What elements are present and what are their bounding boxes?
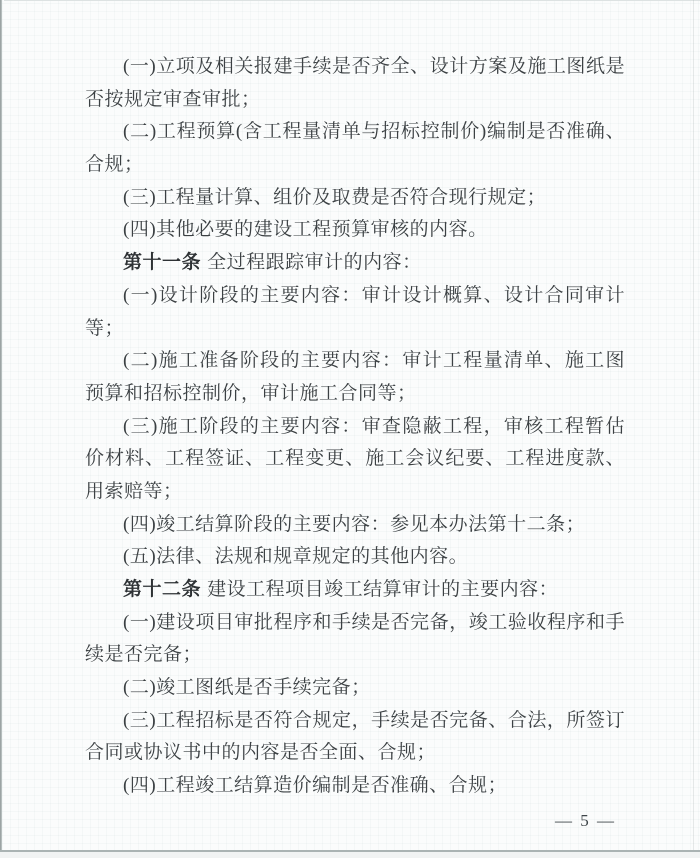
scan-artifact-line: [693, 0, 694, 852]
text-line: 续是否完备；: [85, 639, 625, 672]
text-line: (五)法律、法规和规章规定的其他内容。: [85, 541, 625, 574]
document-body: (一)立项及相关报建手续是否齐全、设计方案及施工图纸是否按规定审查审批；(二)工…: [85, 51, 625, 803]
text-line: (一)设计阶段的主要内容：审计设计概算、设计合同审计: [85, 280, 625, 313]
article-number: 第十二条: [123, 579, 201, 600]
page-number: — 5 —: [555, 811, 616, 831]
article-heading-line: 第十一条全过程跟踪审计的内容：: [85, 247, 625, 280]
scan-edge-bottom: [0, 850, 700, 858]
text-line: (四)竣工结算阶段的主要内容：参见本办法第十二条；: [85, 509, 625, 542]
text-line: 价材料、工程签证、工程变更、施工会议纪要、工程进度款、费: [85, 443, 625, 476]
scanned-page: (一)立项及相关报建手续是否齐全、设计方案及施工图纸是否按规定审查审批；(二)工…: [2, 0, 700, 852]
scan-edge-left: [0, 0, 2, 858]
text-line: (四)其他必要的建设工程预算审核的内容。: [85, 214, 625, 247]
text-line: (二)工程预算(含工程量清单与招标控制价)编制是否准确、: [85, 116, 625, 149]
text-line: (二)竣工图纸是否手续完备；: [85, 672, 625, 705]
text-line: 预算和招标控制价，审计施工合同等；: [85, 378, 625, 411]
text-line: (三)施工阶段的主要内容：审查隐蔽工程，审核工程暂估: [85, 411, 625, 444]
text-line: 合同或协议书中的内容是否全面、合规；: [85, 737, 625, 770]
text-line: (三)工程量计算、组价及取费是否符合现行规定；: [85, 182, 625, 215]
text-line: (三)工程招标是否符合规定，手续是否完备、合法，所签订: [85, 705, 625, 738]
text-line: 用索赔等；: [85, 476, 625, 509]
article-number: 第十一条: [123, 252, 201, 273]
scan-edge-top: [4, 0, 700, 1]
article-heading-line: 第十二条建设工程项目竣工结算审计的主要内容：: [85, 574, 625, 607]
text-line: 等；: [85, 313, 625, 346]
text-line: (四)工程竣工结算造价编制是否准确、合规；: [85, 770, 625, 803]
text-line: (一)建设项目审批程序和手续是否完备，竣工验收程序和手: [85, 607, 625, 640]
text-line: (二)施工准备阶段的主要内容：审计工程量清单、施工图: [85, 345, 625, 378]
text-line: (一)立项及相关报建手续是否齐全、设计方案及施工图纸是: [85, 51, 625, 84]
text-line: 否按规定审查审批；: [85, 84, 625, 117]
text-line: 合规；: [85, 149, 625, 182]
